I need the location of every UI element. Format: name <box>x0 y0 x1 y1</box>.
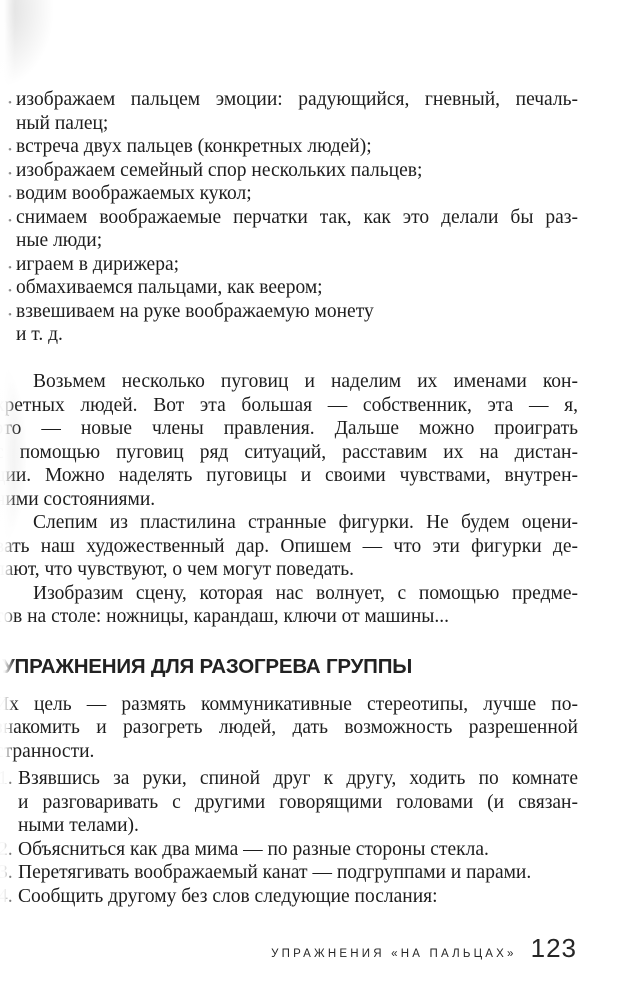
text-line: водим воображаемых кукол; <box>16 182 578 206</box>
section-heading: УПРАЖНЕНИЯ ДЛЯ РАЗОГРЕВА ГРУППЫ <box>2 654 578 680</box>
page-number: 123 <box>531 933 577 964</box>
text-line: Взявшись за руки, спиной друг к другу, х… <box>18 767 578 791</box>
page-footer: УПРАЖНЕНИЯ «НА ПАЛЬЦАХ» 123 <box>271 933 577 964</box>
text-line: странности. <box>0 740 578 764</box>
list-number: 2. <box>0 838 13 862</box>
list-number: 1. <box>0 767 13 791</box>
numbered-list-item: 1. Взявшись за руки, спиной друг к другу… <box>0 767 578 838</box>
running-title: УПРАЖНЕНИЯ «НА ПАЛЬЦАХ» <box>271 948 517 960</box>
text-line: и т. д. <box>16 323 578 347</box>
text-line: и разговаривать с другими говорящими гол… <box>18 791 578 815</box>
bullet-list-item: • встреча двух пальцев (конкретных людей… <box>0 135 578 159</box>
scanned-book-page: { "glyphs": { "bullet": "•" }, "bullets"… <box>0 0 642 1000</box>
text-line: Возьмем несколько пуговиц и наделим их и… <box>0 370 578 394</box>
paragraph: Их цель — размять коммуникативные стерео… <box>0 693 578 764</box>
text-line: ными телами). <box>18 814 578 838</box>
bullet-list-item: • играем в дирижера; <box>0 253 578 277</box>
bullet-icon: • <box>8 304 12 328</box>
text-line: Изобразим сцену, которая нас волнует, с … <box>0 582 578 606</box>
numbered-list-item: 2. Объясниться как два мима — по разные … <box>0 838 578 862</box>
paragraph: Возьмем несколько пуговиц и наделим их и… <box>0 370 578 511</box>
list-number: 3. <box>0 861 13 885</box>
text-line: тов на столе: ножницы, карандаш, ключи о… <box>0 605 578 629</box>
numbered-list-item: 4. Сообщить другому без слов следующие п… <box>0 885 578 909</box>
text-line: это — новые члены правления. Дальше можн… <box>0 417 578 441</box>
bullet-icon: • <box>8 210 12 234</box>
text-line: играем в дирижера; <box>16 253 578 277</box>
text-line: знакомить и разогреть людей, дать возмож… <box>0 716 578 740</box>
scan-corner-smudge <box>0 0 56 90</box>
paragraph: Слепим из пластилина странные фигурки. Н… <box>0 511 578 582</box>
text-line: вать наш художественный дар. Опишем — чт… <box>0 535 578 559</box>
paragraph: Изобразим сцену, которая нас волнует, с … <box>0 582 578 629</box>
page-text-block: • изображаем пальцем эмоции: радующийся,… <box>0 88 578 908</box>
text-line: Слепим из пластилина странные фигурки. Н… <box>0 511 578 535</box>
text-line: обмахиваемся пальцами, как веером; <box>16 276 578 300</box>
text-line: снимаем воображаемые перчатки так, как э… <box>16 206 578 230</box>
text-line: Объясниться как два мима — по разные сто… <box>18 838 578 862</box>
text-line: ные люди; <box>16 229 578 253</box>
numbered-list-item: 3. Перетягивать воображаемый канат — под… <box>0 861 578 885</box>
text-line: с помощью пуговиц ряд ситуаций, расстави… <box>0 441 578 465</box>
text-line: Сообщить другому без слов следующие посл… <box>18 885 578 909</box>
text-line: ный палец; <box>16 112 578 136</box>
bullet-list-item: • снимаем воображаемые перчатки так, как… <box>0 206 578 253</box>
text-line: Их цель — размять коммуникативные стерео… <box>0 693 578 717</box>
bullet-list-item: • изображаем семейный спор нескольких па… <box>0 159 578 183</box>
list-number: 4. <box>0 885 13 909</box>
text-line: лают, что чувствуют, о чем могут поведат… <box>0 558 578 582</box>
text-line: Перетягивать воображаемый канат — подгру… <box>18 861 578 885</box>
bullet-list-item: • водим воображаемых кукол; <box>0 182 578 206</box>
text-line: кретных людей. Вот эта большая — собстве… <box>0 394 578 418</box>
text-line: ними состояниями. <box>0 488 578 512</box>
numbered-list: 1. Взявшись за руки, спиной друг к другу… <box>0 767 578 908</box>
text-line: изображаем пальцем эмоции: радующийся, г… <box>16 88 578 112</box>
text-line: изображаем семейный спор нескольких паль… <box>16 159 578 183</box>
text-line: взвешиваем на руке воображаемую монету <box>16 300 578 324</box>
bullet-list: • изображаем пальцем эмоции: радующийся,… <box>0 88 578 347</box>
bullet-list-item: • взвешиваем на руке воображаемую монету… <box>0 300 578 347</box>
bullet-icon: • <box>8 92 12 116</box>
text-line: ции. Можно наделять пуговицы и своими чу… <box>0 464 578 488</box>
bullet-list-item: • обмахиваемся пальцами, как веером; <box>0 276 578 300</box>
text-line: встреча двух пальцев (конкретных людей); <box>16 135 578 159</box>
bullet-list-item: • изображаем пальцем эмоции: радующийся,… <box>0 88 578 135</box>
